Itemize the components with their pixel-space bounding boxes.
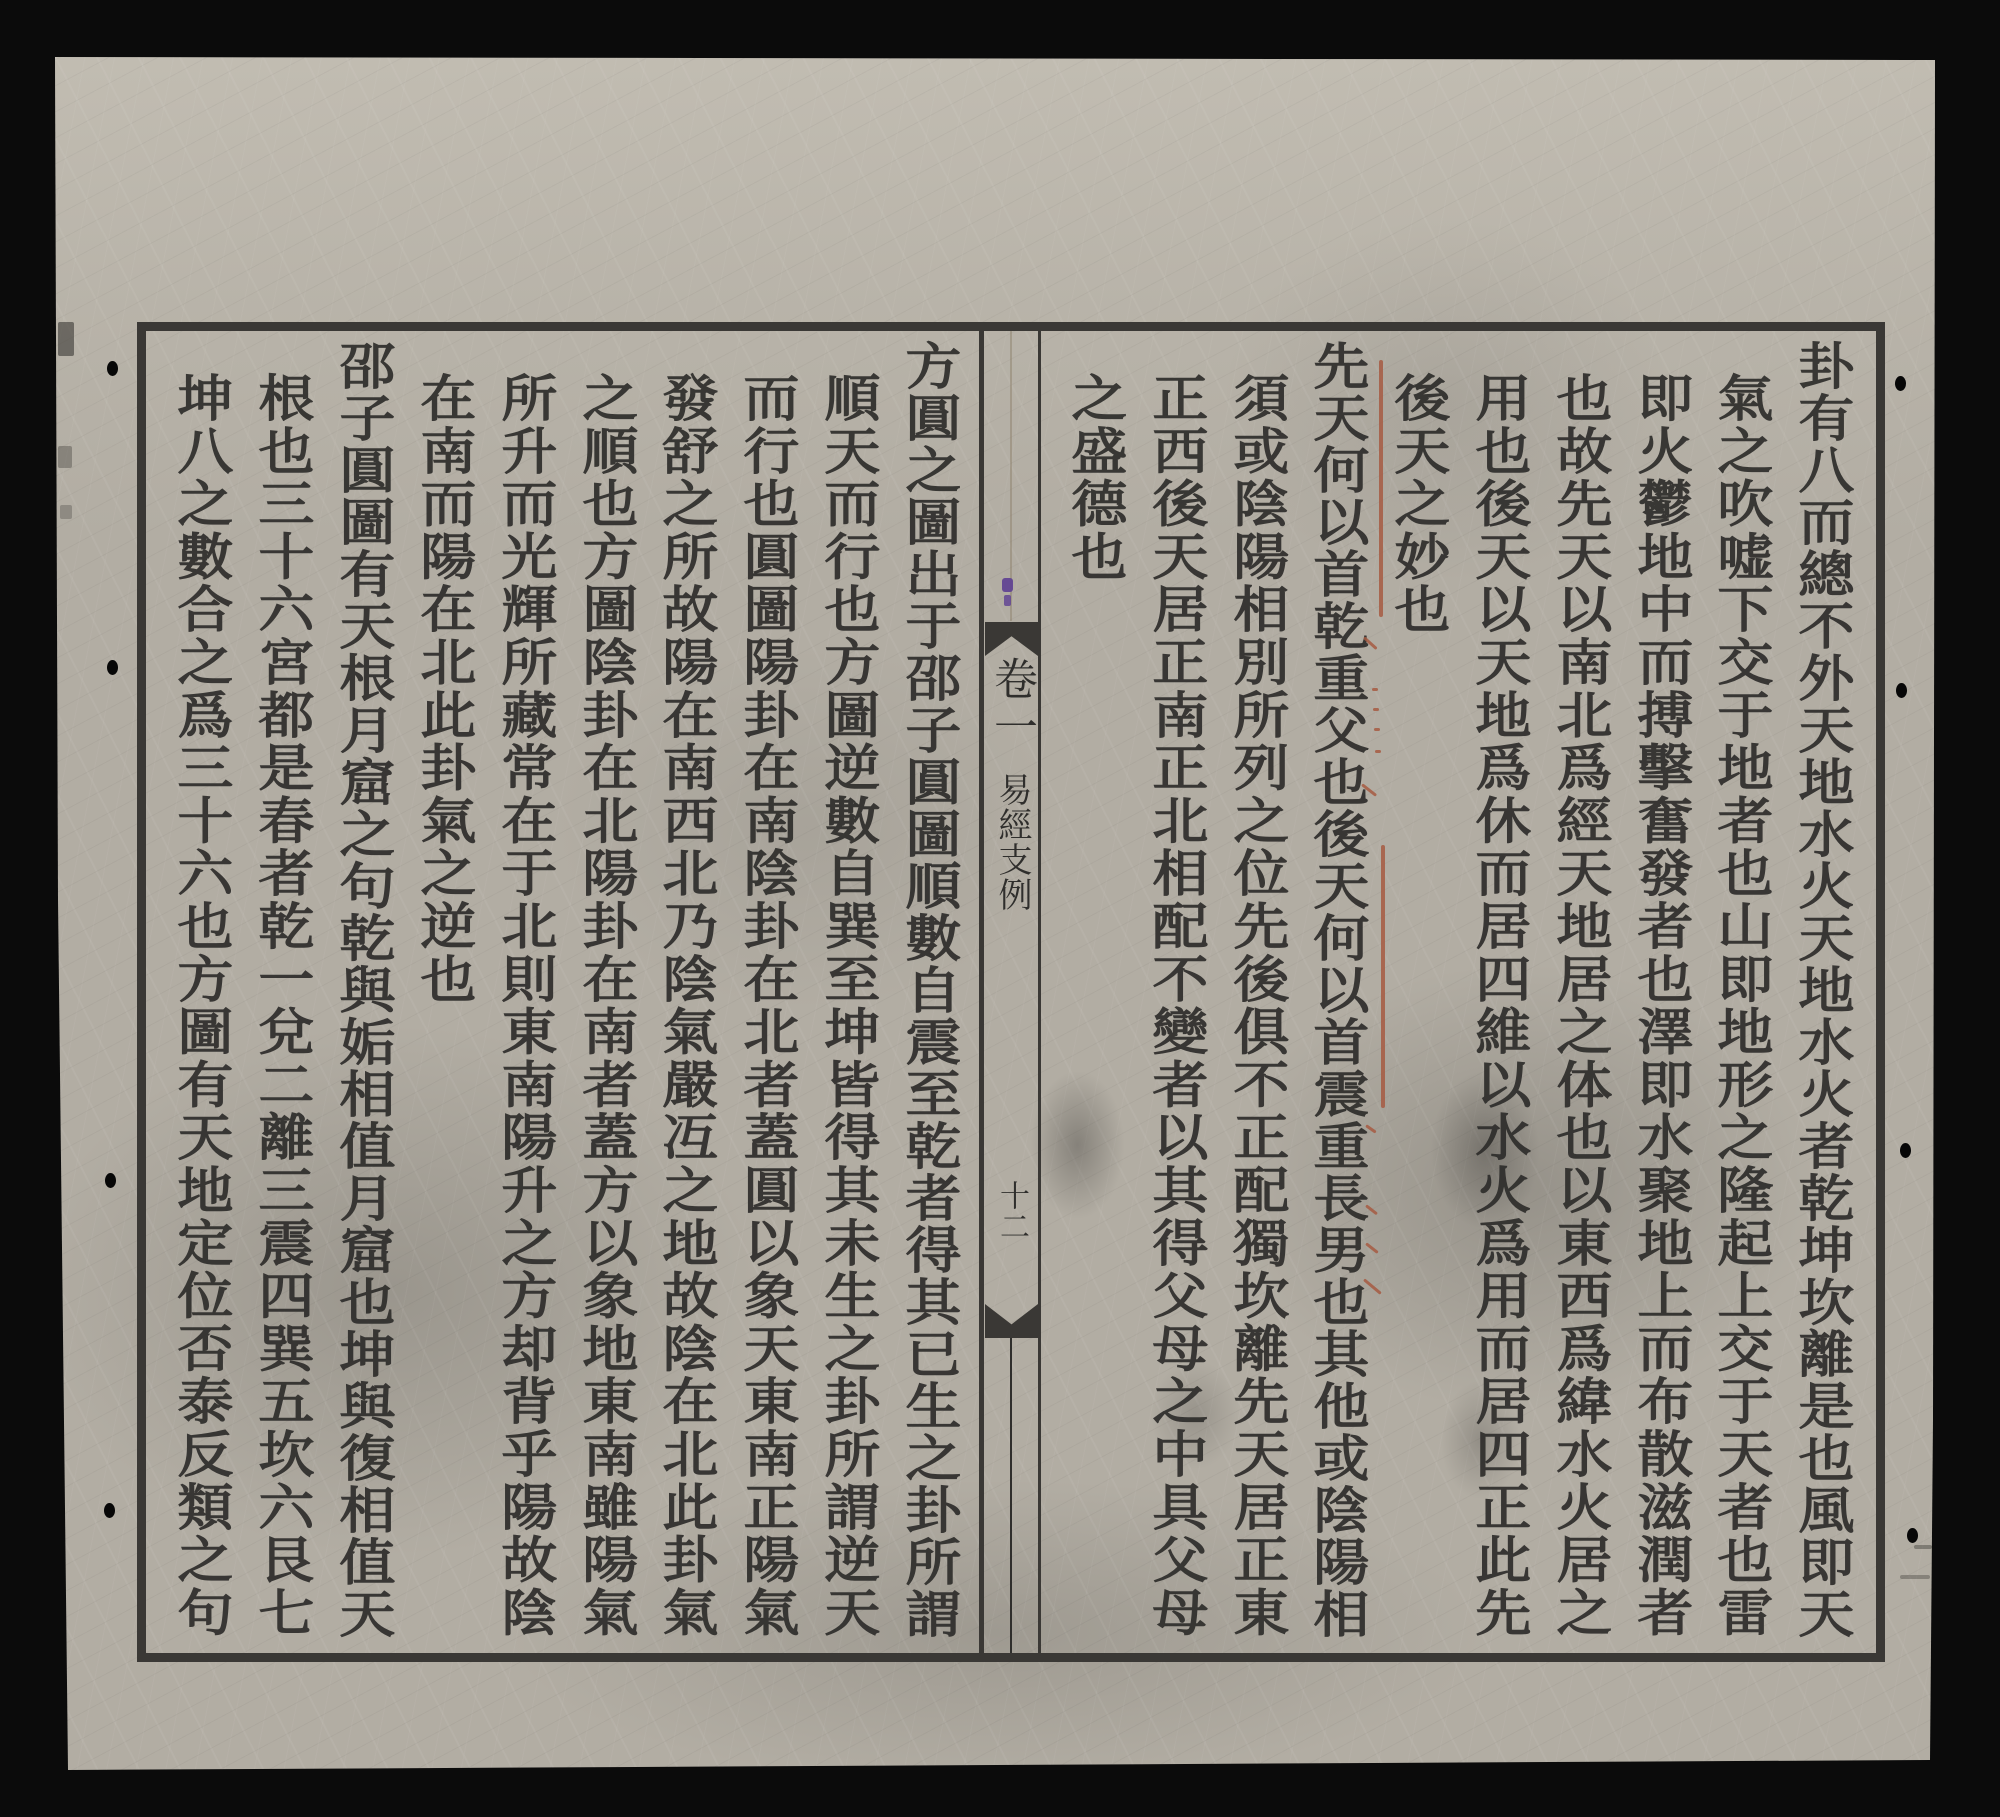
text-column: 邵子圓圖有天根月窟之句乾與姤相值月窟也坤與復相值天 (317, 331, 408, 1653)
binding-hole (104, 1503, 115, 1518)
text-column: 正西後天居正南正北相配不變者以其得父母之中具父母 (1130, 331, 1220, 1653)
text-column: 用也後天以天地爲休而居四維以水火爲用而居四正此先 (1453, 331, 1543, 1653)
fold-line (1010, 1338, 1012, 1653)
binding-hole (1900, 1143, 1911, 1158)
text-column: 方圓之圖出于邵子圓圖順數自震至乾者得其已生之卦所謂 (883, 331, 974, 1653)
text-column: 坤八之數合之爲三十六也方圖有天地定位否泰反類之句 (155, 331, 246, 1653)
text-column: 順天而行也方圖逆數自巽至坤皆得其未生之卦所謂逆天 (802, 331, 893, 1653)
binding-hole (107, 361, 118, 376)
text-column: 之盛德也 (1049, 331, 1139, 1653)
text-column: 在南而陽在北此卦氣之逆也 (398, 331, 489, 1653)
edge-residue (58, 446, 72, 468)
text-column: 而行也圓圖陽卦在南陰卦在北者蓋圓以象天東南正陽氣 (721, 331, 812, 1653)
text-column: 之順也方圖陰卦在北陽卦在南者蓋方以象地東南雖陽氣 (560, 331, 651, 1653)
text-column: 氣之吹嘘下交于地者也山即地形之隆起上交于天者也雷 (1696, 331, 1786, 1653)
binding-hole (107, 660, 118, 675)
red-annotation-tick (1372, 688, 1378, 691)
binding-hole (1896, 683, 1907, 698)
red-annotation-tick (1374, 728, 1380, 731)
edge-residue (1914, 1545, 1932, 1549)
book-title: 易經支例 (985, 772, 1038, 912)
right-half-page: 卦有八而總不外天地水火天地水火者乾坤坎離是也風即天 氣之吹嘘下交于地者也山即地形… (1040, 331, 1876, 1653)
purple-stamp-mark (1002, 578, 1013, 592)
text-column: 須或陰陽相別所列之位先後俱不正配獨坎離先天居正東 (1211, 331, 1301, 1653)
text-column: 所升而光輝所藏常在于北則東南陽升之方却背乎陽故陰 (479, 331, 570, 1653)
purple-stamp-mark (1004, 595, 1011, 606)
text-column: 也故先天以南北爲經天地居之体也以東西爲緯水火居之 (1534, 331, 1624, 1653)
left-half-page: 方圓之圖出于邵子圓圖順數自震至乾者得其已生之卦所謂 順天而行也方圖逆數自巽至坤皆… (146, 331, 983, 1653)
edge-residue (58, 322, 74, 356)
text-column: 卦有八而總不外天地水火天地水火者乾坤坎離是也風即天 (1776, 331, 1866, 1653)
text-column: 先天何以首乾重父也後天何以首震重長男也其他或陰陽相 (1292, 331, 1382, 1653)
binding-hole (1907, 1528, 1918, 1543)
red-annotation-line (1381, 845, 1385, 1108)
edge-residue (60, 505, 72, 519)
leaf-number: 十二 (985, 1180, 1038, 1242)
text-column: 發舒之所故陽在南西北乃陰氣嚴冱之地故陰在北此卦氣 (641, 331, 732, 1653)
binding-hole (105, 1173, 116, 1188)
red-annotation-tick (1375, 750, 1381, 753)
volume-label: 卷一 (985, 656, 1038, 752)
red-annotation-line (1379, 360, 1383, 617)
text-column: 即火鬱地中而搏擊奮發者也澤即水聚地上而布散滋潤者 (1615, 331, 1705, 1653)
binding-hole (1895, 376, 1906, 391)
text-column: 根也三十六宮都是春者乾一兌二離三震四巽五坎六艮七 (236, 331, 327, 1653)
text-column: 後天之妙也 (1372, 331, 1462, 1653)
edge-residue (1900, 1575, 1930, 1579)
red-annotation-tick (1373, 708, 1379, 711)
